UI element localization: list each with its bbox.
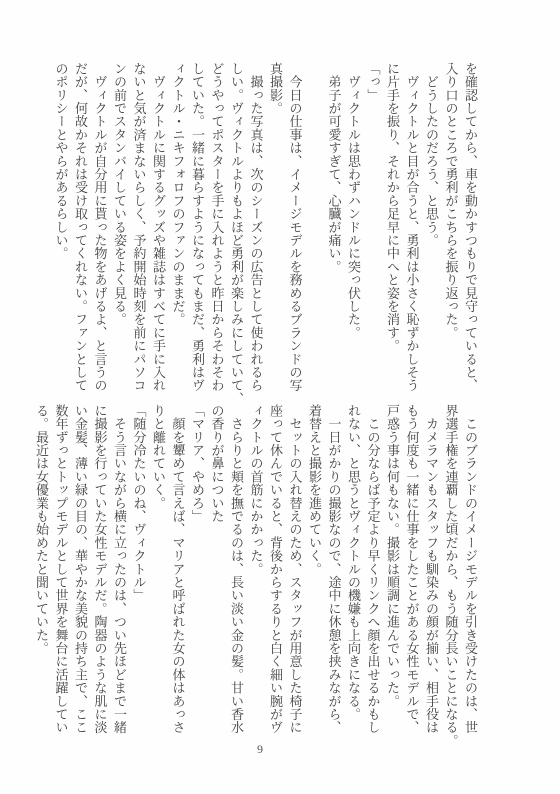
text-line: さらりと頬を撫でるのは、長い淡い金の髪。甘い香水 <box>227 404 247 736</box>
text-line: りと離れていく。 <box>149 404 169 736</box>
text-line: 一日がかりの撮影なので、途中に休憩を挟みながら、 <box>324 404 344 736</box>
text-line: 戸惑う事は何もない。撮影は順調に進んでいった。 <box>383 404 403 736</box>
lower-text-block: このブランドのイメージモデルを引き受けたのは、世界選手権を連覇した頃だから、もう… <box>32 404 481 736</box>
text-line: ヴィクトルに関するグッズや雑誌はすべてに手に入れ <box>149 62 169 394</box>
text-line: 真撮影。 <box>266 62 286 394</box>
text-line: を確認してから、車を動かすつもりで見守っていると、 <box>461 62 481 394</box>
book-page: を確認してから、車を動かすつもりで見守っていると、入り口のところで勇利がこちらを… <box>0 0 560 794</box>
text-line: る。最近は女優業も始めたと聞いていた。 <box>32 404 52 736</box>
text-line: そう言いながら横に立ったのは、つい先ほどまで一緒 <box>110 404 130 736</box>
text-line: ヴィクトルが自分用に貰った物をあげるよ、と言うの <box>90 62 110 394</box>
text-line: ないと気が済まないらしく、予約開始時刻を前にパソコ <box>129 62 149 394</box>
text-line: 「マリア、やめろ」 <box>188 404 208 736</box>
upper-text-block: を確認してから、車を動かすつもりで見守っていると、入り口のところで勇利がこちらを… <box>51 62 480 394</box>
text-line: い金髪、薄い緑の目の、華やかな美貌の持ち主で、ここ <box>71 404 91 736</box>
text-line: しい。ヴィクトルよりもよほど勇利が楽しみにしていて、 <box>227 62 247 394</box>
text-line: れない、と思うとヴィクトルの機嫌も上向きになる。 <box>344 404 364 736</box>
text-line: 座って休んでいると、背後からするりと白く細い腕がヴ <box>266 404 286 736</box>
text-line: どうやってポスターを手に入れようと昨日からそわそわ <box>207 62 227 394</box>
text-line: もう何度も一緒に仕事をしたことがある女性モデルで、 <box>402 404 422 736</box>
text-line: 界選手権を連覇した頃だから、もう随分長いことになる。 <box>441 404 461 736</box>
text-line: カメラマンもスタッフも馴染みの顔が揃い、相手役は <box>422 404 442 736</box>
text-line: ィクトルの首筋にかかった。 <box>246 404 266 736</box>
text-line: のポリシーとやらがあるらしい。 <box>51 62 71 394</box>
text-line: ヴィクトルと目が合うと、勇利は小さく恥ずかしそう <box>402 62 422 394</box>
text-line: に片手を振り、それから足早に中へと姿を消す。 <box>383 62 403 394</box>
text-line <box>305 62 325 394</box>
text-line: 着替えと撮影を進めていく。 <box>305 404 325 736</box>
text-line: 顔を顰めて言えば、マリアと呼ばれた女の体はあっさ <box>168 404 188 736</box>
text-line: 入り口のところで勇利がこちらを振り返った。 <box>441 62 461 394</box>
text-line: このブランドのイメージモデルを引き受けたのは、世 <box>461 404 481 736</box>
text-line: ヴィクトルは思わずハンドルに突っ伏した。 <box>344 62 364 394</box>
text-line: していた。一緒に暮らすようになってもまだ、勇利はヴ <box>188 62 208 394</box>
text-line: どうしたのだろう、と思う。 <box>422 62 442 394</box>
text-line: だが、何故かそれは受け取ってくれない。ファンとして <box>71 62 91 394</box>
text-line: 「っ」 <box>363 62 383 394</box>
text-line: の香りが鼻についた <box>207 404 227 736</box>
text-line: 数年ずっとトップモデルとして世界を舞台に活躍してい <box>51 404 71 736</box>
text-line: 今日の仕事は、イメージモデルを務めるブランドの写 <box>285 62 305 394</box>
text-line: ィクトル・ニキフォロフのファンのままだ。 <box>168 62 188 394</box>
text-line: 弟子が可愛すぎて、心臓が痛い。 <box>324 62 344 394</box>
text-line: 「随分冷たいのね、ヴィクトル」 <box>129 404 149 736</box>
text-line: に撮影を行っていた女性モデルだ。陶器のような肌に淡 <box>90 404 110 736</box>
text-line: 撮った写真は、次のシーズンの広告として使われるら <box>246 62 266 394</box>
text-line: セットの入れ替えのため、スタッフが用意した椅子に <box>285 404 305 736</box>
text-line: ンの前でスタンバイしている姿をよく見る。 <box>110 62 130 394</box>
page-number: 9 <box>41 742 479 757</box>
text-line: この分ならば予定より早くリンクへ顔を出せるかもし <box>363 404 383 736</box>
